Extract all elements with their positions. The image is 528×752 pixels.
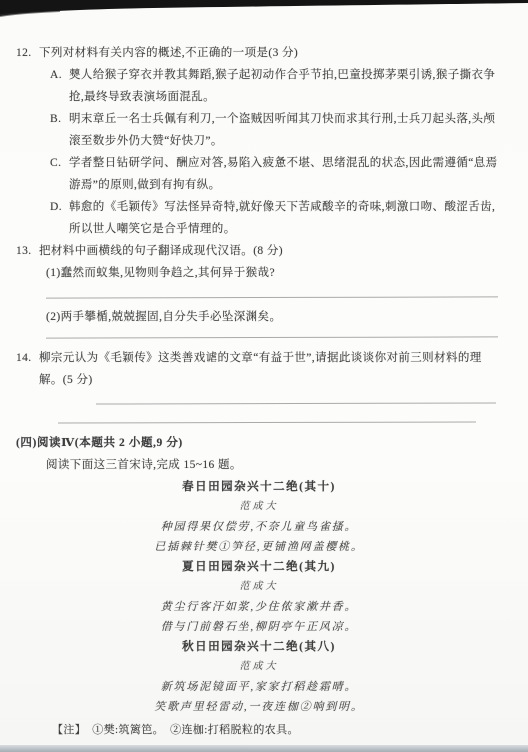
question-12: 12. 下列对材料有关内容的概述,不正确的一项是(3 分) A. 僰人给猴子穿衣… — [16, 42, 502, 240]
poems-block: 春日田园杂兴十二绝(其十) 范成大 种园得果仅偿劳,不奈儿童鸟雀搔。 已插棘针樊… — [16, 477, 502, 717]
option-c: C. 学者整日钻研学问、酬应对答,易陷入疲惫不堪、思绪混乱的状态,因此需遵循“息… — [50, 152, 502, 196]
option-text: 韩愈的《毛颖传》写法怪异奇特,就好像天下苦咸酸辛的奇味,刺激口吻、酸涩舌齿,所以… — [69, 196, 502, 240]
poem-line: 新筑场泥镜面平,家家打稻趁霜晴。 — [16, 677, 502, 697]
option-b: B. 明末章丘一名士兵佩有利刀,一个盗贼因听闻其刀快而求其行刑,士兵刀起头落,头… — [50, 108, 502, 152]
scan-edge-top — [0, 0, 528, 20]
poem-title: 夏日田园杂兴十二绝(其九) — [16, 557, 502, 577]
exam-content: 12. 下列对材料有关内容的概述,不正确的一项是(3 分) A. 僰人给猴子穿衣… — [16, 42, 502, 752]
poem-autumn: 秋日田园杂兴十二绝(其八) 范成大 新筑场泥镜面平,家家打稻趁霜晴。 笑歌声里轻… — [16, 637, 502, 717]
question-number: 13. — [16, 240, 39, 262]
scan-edge-bottom — [0, 745, 528, 752]
option-d: D. 韩愈的《毛颖传》写法怪异奇特,就好像天下苦咸酸辛的奇味,刺激口吻、酸涩舌齿… — [50, 196, 502, 240]
answer-blank-line — [96, 402, 496, 404]
question-13: 13. 把材料中画横线的句子翻译成现代汉语。(8 分) (1)蠢然而蚁集,见物则… — [16, 240, 502, 338]
poem-title: 春日田园杂兴十二绝(其十) — [16, 477, 502, 497]
poem-line: 笑歌声里轻雷动,一夜连枷②响到明。 — [16, 697, 502, 717]
option-label: B. — [50, 108, 69, 152]
answer-blank-line — [46, 296, 498, 298]
question-13-stem: 13. 把材料中画横线的句子翻译成现代汉语。(8 分) — [16, 240, 502, 262]
option-a: A. 僰人给猴子穿衣并教其舞蹈,猴子起初动作合乎节拍,巴童投掷茅栗引诱,猴子撕衣… — [50, 64, 502, 108]
option-text: 僰人给猴子穿衣并教其舞蹈,猴子起初动作合乎节拍,巴童投掷茅栗引诱,猴子撕衣争抢,… — [69, 64, 502, 108]
translation-sentence-1: (1)蠢然而蚁集,见物则争趋之,其何异于猴哉? — [16, 262, 502, 284]
poem-author: 范成大 — [16, 577, 502, 597]
poem-line: 黄尘行客汗如浆,少住侬家漱井香。 — [16, 597, 502, 617]
note-item-1: ①樊:筑篱笆。 — [92, 720, 164, 740]
question-number: 12. — [16, 42, 39, 64]
poem-line: 已插棘针樊①笋径,更铺渔网盖樱桃。 — [16, 537, 502, 557]
question-stem-text: 把材料中画横线的句子翻译成现代汉语。(8 分) — [39, 240, 502, 262]
poem-line: 种园得果仅偿劳,不奈儿童鸟雀搔。 — [16, 517, 502, 537]
question-number: 14. — [16, 347, 39, 391]
poem-notes: 【注】 ①樊:筑篱笆。 ②连枷:打稻脱粒的农具。 — [52, 720, 502, 740]
option-label: A. — [50, 64, 69, 108]
poem-spring: 春日田园杂兴十二绝(其十) 范成大 种园得果仅偿劳,不奈儿童鸟雀搔。 已插棘针樊… — [16, 477, 502, 557]
answer-blank-line — [46, 336, 498, 338]
question-14: 14. 柳宗元认为《毛颖传》这类善戏谑的文章“有益于世”,请据此谈谈你对前三则材… — [16, 347, 502, 423]
question-stem-text: 柳宗元认为《毛颖传》这类善戏谑的文章“有益于世”,请据此谈谈你对前三则材料的理解… — [39, 347, 502, 391]
question-stem-text: 下列对材料有关内容的概述,不正确的一项是(3 分) — [39, 42, 502, 64]
option-label: C. — [50, 152, 69, 196]
option-text: 明末章丘一名士兵佩有利刀,一个盗贼因听闻其刀快而求其行刑,士兵刀起头落,头颅滚至… — [69, 108, 502, 152]
poem-author: 范成大 — [16, 657, 502, 677]
answer-blank-line — [58, 421, 476, 423]
option-label: D. — [50, 196, 69, 240]
poem-summer: 夏日田园杂兴十二绝(其九) 范成大 黄尘行客汗如浆,少住侬家漱井香。 借与门前磐… — [16, 557, 502, 637]
poem-line: 借与门前磐石坐,柳阴亭午正风凉。 — [16, 617, 502, 637]
question-12-options: A. 僰人给猴子穿衣并教其舞蹈,猴子起初动作合乎节拍,巴童投掷茅栗引诱,猴子撕衣… — [16, 64, 502, 240]
note-item-2: ②连枷:打稻脱粒的农具。 — [170, 720, 299, 740]
translation-sentence-2: (2)两手攀楯,兢兢握固,自分失手必坠深渊矣。 — [16, 306, 502, 328]
poem-title: 秋日田园杂兴十二绝(其八) — [16, 637, 502, 657]
section-instruction: 阅读下面这三首宋诗,完成 15~16 题。 — [16, 454, 502, 476]
question-12-stem: 12. 下列对材料有关内容的概述,不正确的一项是(3 分) — [16, 42, 502, 64]
question-14-stem: 14. 柳宗元认为《毛颖传》这类善戏谑的文章“有益于世”,请据此谈谈你对前三则材… — [16, 347, 502, 391]
exam-page-scan: 12. 下列对材料有关内容的概述,不正确的一项是(3 分) A. 僰人给猴子穿衣… — [0, 0, 528, 752]
note-prefix: 【注】 — [52, 720, 86, 740]
section-heading: (四)阅读Ⅳ(本题共 2 小题,9 分) — [16, 432, 502, 454]
option-text: 学者整日钻研学问、酬应对答,易陷入疲惫不堪、思绪混乱的状态,因此需遵循“息焉游焉… — [69, 152, 502, 196]
poem-author: 范成大 — [16, 497, 502, 517]
